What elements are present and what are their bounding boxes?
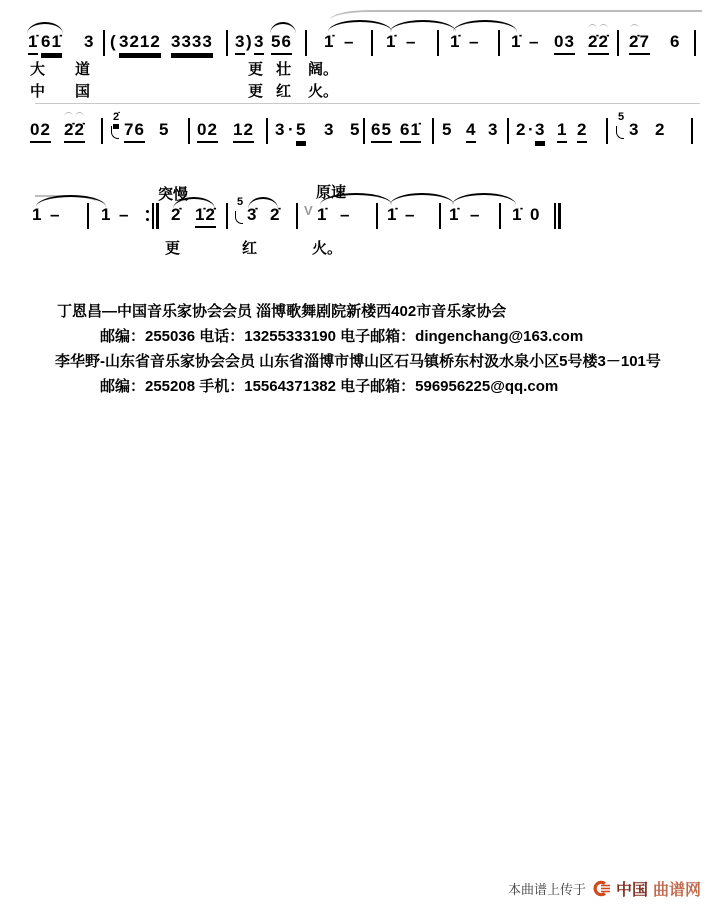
contact-line-author2: 李华野-山东省音乐家协会会员 山东省淄博市博山区石马镇桥东村汲水泉小区5号楼3－… <box>55 350 661 371</box>
note: 3 <box>488 120 498 141</box>
slur-arc <box>390 193 454 205</box>
augmentation-dot: · <box>528 120 535 141</box>
note: 3 <box>254 32 264 55</box>
uploaded-by-text: 本曲谱上传于 <box>508 879 586 898</box>
note: 2 <box>516 120 526 141</box>
note-group: 2̇7 <box>629 32 650 55</box>
note: 3 <box>629 120 639 141</box>
note-group: 12 <box>233 120 254 143</box>
small-tie-arc <box>75 112 84 117</box>
lyric: 中 <box>30 80 45 101</box>
lyric: 国 <box>75 80 90 101</box>
dash: – <box>469 32 479 53</box>
dash: – <box>529 32 539 53</box>
note: 2 <box>577 120 587 143</box>
note: 1̇ <box>511 32 521 53</box>
note: 3 <box>324 120 334 141</box>
barline <box>498 30 500 56</box>
note-group: 03 <box>554 32 575 55</box>
grace-hook <box>111 126 119 139</box>
note-group: 02 <box>30 120 51 143</box>
barline <box>226 30 228 56</box>
contact-line-author1: 丁恩昌—中国音乐家协会会员 淄博歌舞剧院新楼西402市音乐家协会 <box>57 300 506 321</box>
small-tie-arc <box>588 24 597 29</box>
note: 3 <box>235 32 245 55</box>
note: 1̇ <box>386 32 396 53</box>
barline <box>87 203 89 229</box>
repeat-dot <box>146 210 149 213</box>
dash: – <box>405 205 415 226</box>
lyric: 红 <box>242 237 257 258</box>
barline <box>691 118 693 144</box>
lyric: 壮 <box>276 58 291 79</box>
note-group: 76 <box>124 120 145 143</box>
qupu-logo-icon <box>591 880 611 897</box>
paren-open: ( <box>110 32 117 53</box>
final-barline-thin <box>554 203 556 229</box>
barline <box>606 118 608 144</box>
site-watermark: 本曲谱上传于 中国 曲谱网 <box>0 877 701 900</box>
barline <box>439 203 441 229</box>
note: 2̇ <box>171 205 181 226</box>
barline <box>499 203 501 229</box>
barline <box>103 30 105 56</box>
dash: – <box>470 205 480 226</box>
note: 5 <box>296 120 306 143</box>
barline <box>101 118 103 144</box>
note: 3 <box>535 120 545 143</box>
note: 1̇ <box>512 205 522 226</box>
contact-line-author1-details: 邮编：255036 电话：13255333190 电子邮箱：dingenchan… <box>100 325 583 346</box>
lyric: 大 <box>30 58 45 79</box>
long-tie-arc <box>330 10 702 22</box>
note-group: 61̇ <box>400 120 421 143</box>
note: 1̇ <box>28 32 38 55</box>
small-tie-arc <box>630 24 639 29</box>
lyric: 火。 <box>312 237 342 258</box>
note: 1 <box>557 120 567 143</box>
note-group: 2̇2̇ <box>64 120 85 143</box>
note: 2 <box>655 120 665 141</box>
barline <box>432 118 434 144</box>
lyric: 更 <box>248 80 263 101</box>
dash: – <box>406 32 416 53</box>
barline <box>188 118 190 144</box>
note: 1̇ <box>449 205 459 226</box>
grace-note: 5 <box>618 111 624 124</box>
repeat-dot <box>146 218 149 221</box>
barline <box>507 118 509 144</box>
note: 61̇ <box>41 32 62 55</box>
note: 3 <box>84 32 94 53</box>
barline <box>371 30 373 56</box>
music-system-2: 02 2̇2̇ 2̇ 76 5 02 12 3 · 5 3 5 65 61̇ 5… <box>0 120 714 154</box>
lyric: 火。 <box>308 80 338 101</box>
note-group: 3212 <box>119 32 161 55</box>
note-group: 3333 <box>171 32 213 55</box>
barline <box>376 203 378 229</box>
note: 1̇ <box>324 32 334 53</box>
repeat-barline-thin <box>152 203 154 229</box>
barline <box>694 30 696 56</box>
note: 1̇ <box>387 205 397 226</box>
note-group: 2̇2̇ <box>588 32 609 55</box>
note: 3̇ <box>247 205 257 226</box>
paren-close: ) <box>246 32 253 53</box>
rest-note: 0 <box>530 205 540 226</box>
barline <box>305 30 307 56</box>
augmentation-dot: · <box>288 120 295 141</box>
small-tie-arc <box>64 112 73 117</box>
dash: – <box>340 205 350 226</box>
note-group: 1̇2̇ <box>195 205 216 228</box>
note: 3 <box>275 120 285 141</box>
note-group: 02 <box>197 120 218 143</box>
lyric: 更 <box>248 58 263 79</box>
sheet-music-page: 1̇ 61̇ 3 ( 3212 3333 3 ) 3 56 1̇ – 1̇ – … <box>0 0 714 908</box>
contact-line-author2-details: 邮编：255208 手机：15564371382 电子邮箱：596956225@… <box>100 375 558 396</box>
dash: – <box>119 205 129 226</box>
note: 2̇ <box>270 205 280 226</box>
note: 6 <box>670 32 680 53</box>
final-barline-thick <box>558 203 561 229</box>
lyric: 阔。 <box>308 58 338 79</box>
note: 5 <box>442 120 452 141</box>
note: 5 <box>350 120 360 141</box>
music-system-3: 1 – 1 – 2̇ 1̇2̇ 5 3̇ 2̇ V 1̇ – 1̇ – 1̇ –… <box>0 205 714 239</box>
grace-note: 2̇ <box>113 111 119 126</box>
repeat-barline-thick <box>156 203 159 229</box>
note: 1̇ <box>317 205 327 226</box>
dash: – <box>50 205 60 226</box>
note-group: 65 <box>371 120 392 143</box>
barline <box>363 118 365 144</box>
slur-arc <box>452 193 516 205</box>
barline <box>617 30 619 56</box>
dash: – <box>344 32 354 53</box>
barline <box>296 203 298 229</box>
music-system-1: 1̇ 61̇ 3 ( 3212 3333 3 ) 3 56 1̇ – 1̇ – … <box>0 32 714 66</box>
brand-name-cn: 中国 <box>616 877 648 900</box>
barline <box>437 30 439 56</box>
breath-mark: V <box>304 201 314 222</box>
lyric: 道 <box>75 58 90 79</box>
note: 1 <box>32 205 42 226</box>
grace-note: 5 <box>237 196 243 209</box>
note: 1 <box>101 205 111 226</box>
note: 5 <box>159 120 169 141</box>
barline <box>226 203 228 229</box>
small-tie-arc <box>599 24 608 29</box>
note: 1̇ <box>450 32 460 53</box>
grace-hook <box>616 126 624 139</box>
lyric: 红 <box>276 80 291 101</box>
grace-hook <box>235 211 243 224</box>
note: 4 <box>466 120 476 143</box>
system-separator-line <box>35 103 700 104</box>
brand-name-site: 曲谱网 <box>653 877 701 900</box>
barline <box>266 118 268 144</box>
lyric: 更 <box>165 237 180 258</box>
note-group: 56 <box>271 32 292 55</box>
